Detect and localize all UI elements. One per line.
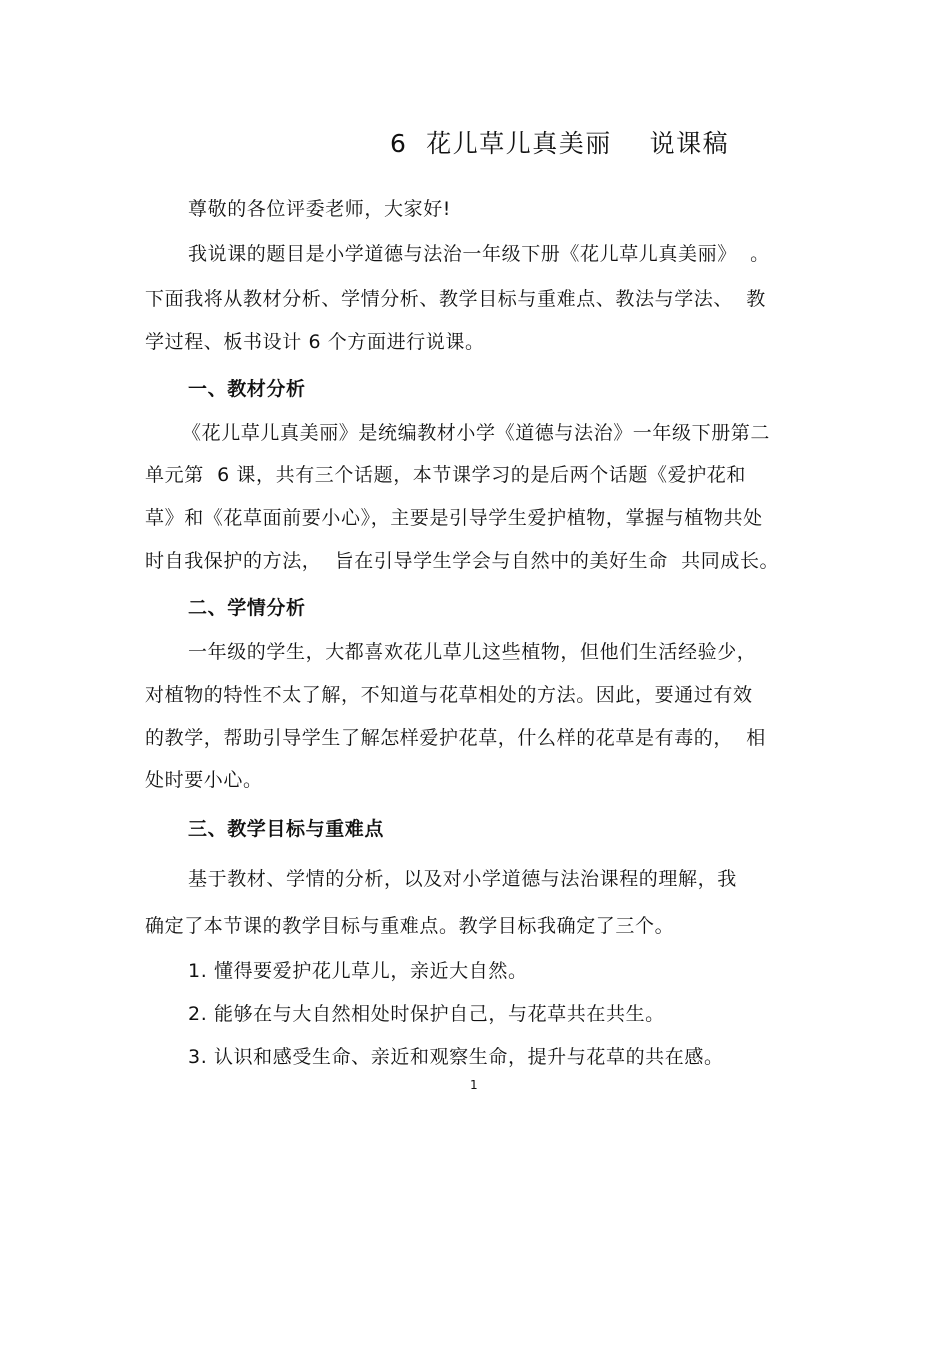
paragraph-line: 1. 懂得要爱护花儿草儿，亲近大自然。 (188, 959, 528, 983)
paragraph-line: 3. 认识和感受生命、亲近和观察生命，提升与花草的共在感。 (188, 1045, 724, 1069)
section-heading: 一、教材分析 (188, 377, 306, 401)
paragraph-line: 一年级的学生，大都喜欢花儿草儿这些植物，但他们生活经验少， (188, 640, 756, 664)
paragraph-line: 确定了本节课的教学目标与重难点。教学目标我确定了三个。 (145, 914, 674, 938)
paragraph-line: 我说课的题目是小学道德与法治一年级下册《花儿草儿真美丽》 。 (188, 242, 770, 266)
section-heading: 二、学情分析 (188, 596, 306, 620)
paragraph-line: 学过程、板书设计 6 个方面进行说课。 (145, 330, 485, 354)
section-heading: 三、教学目标与重难点 (188, 817, 384, 841)
paragraph-line: 下面我将从教材分析、学情分析、教学目标与重难点、教法与学法、 教 (145, 287, 766, 311)
paragraph-line: 时自我保护的方法， 旨在引导学生学会与自然中的美好生命 共同成长。 (145, 549, 779, 573)
paragraph-line: 《花儿草儿真美丽》是统编教材小学《道德与法治》一年级下册第二 (182, 421, 770, 445)
paragraph-line: 尊敬的各位评委老师，大家好! (188, 197, 451, 221)
paragraph-line: 2. 能够在与大自然相处时保护自己，与花草共在共生。 (188, 1002, 665, 1026)
paragraph-line: 对植物的特性不太了解，不知道与花草相处的方法。因此，要通过有效 (145, 683, 753, 707)
page-title: 6 花儿草儿真美丽 说课稿 (390, 128, 729, 160)
paragraph-line: 处时要小心。 (145, 768, 263, 792)
paragraph-line: 单元第 6 课，共有三个话题，本节课学习的是后两个话题《爱护花和 (145, 463, 746, 487)
paragraph-line: 的教学，帮助引导学生了解怎样爱护花草，什么样的花草是有毒的， 相 (145, 726, 766, 750)
paragraph-line: 基于教材、学情的分析，以及对小学道德与法治课程的理解，我 (188, 867, 737, 891)
page-number: 1 (470, 1078, 478, 1092)
paragraph-line: 草》和《花草面前要小心》，主要是引导学生爱护植物，掌握与植物共处 (145, 506, 763, 530)
